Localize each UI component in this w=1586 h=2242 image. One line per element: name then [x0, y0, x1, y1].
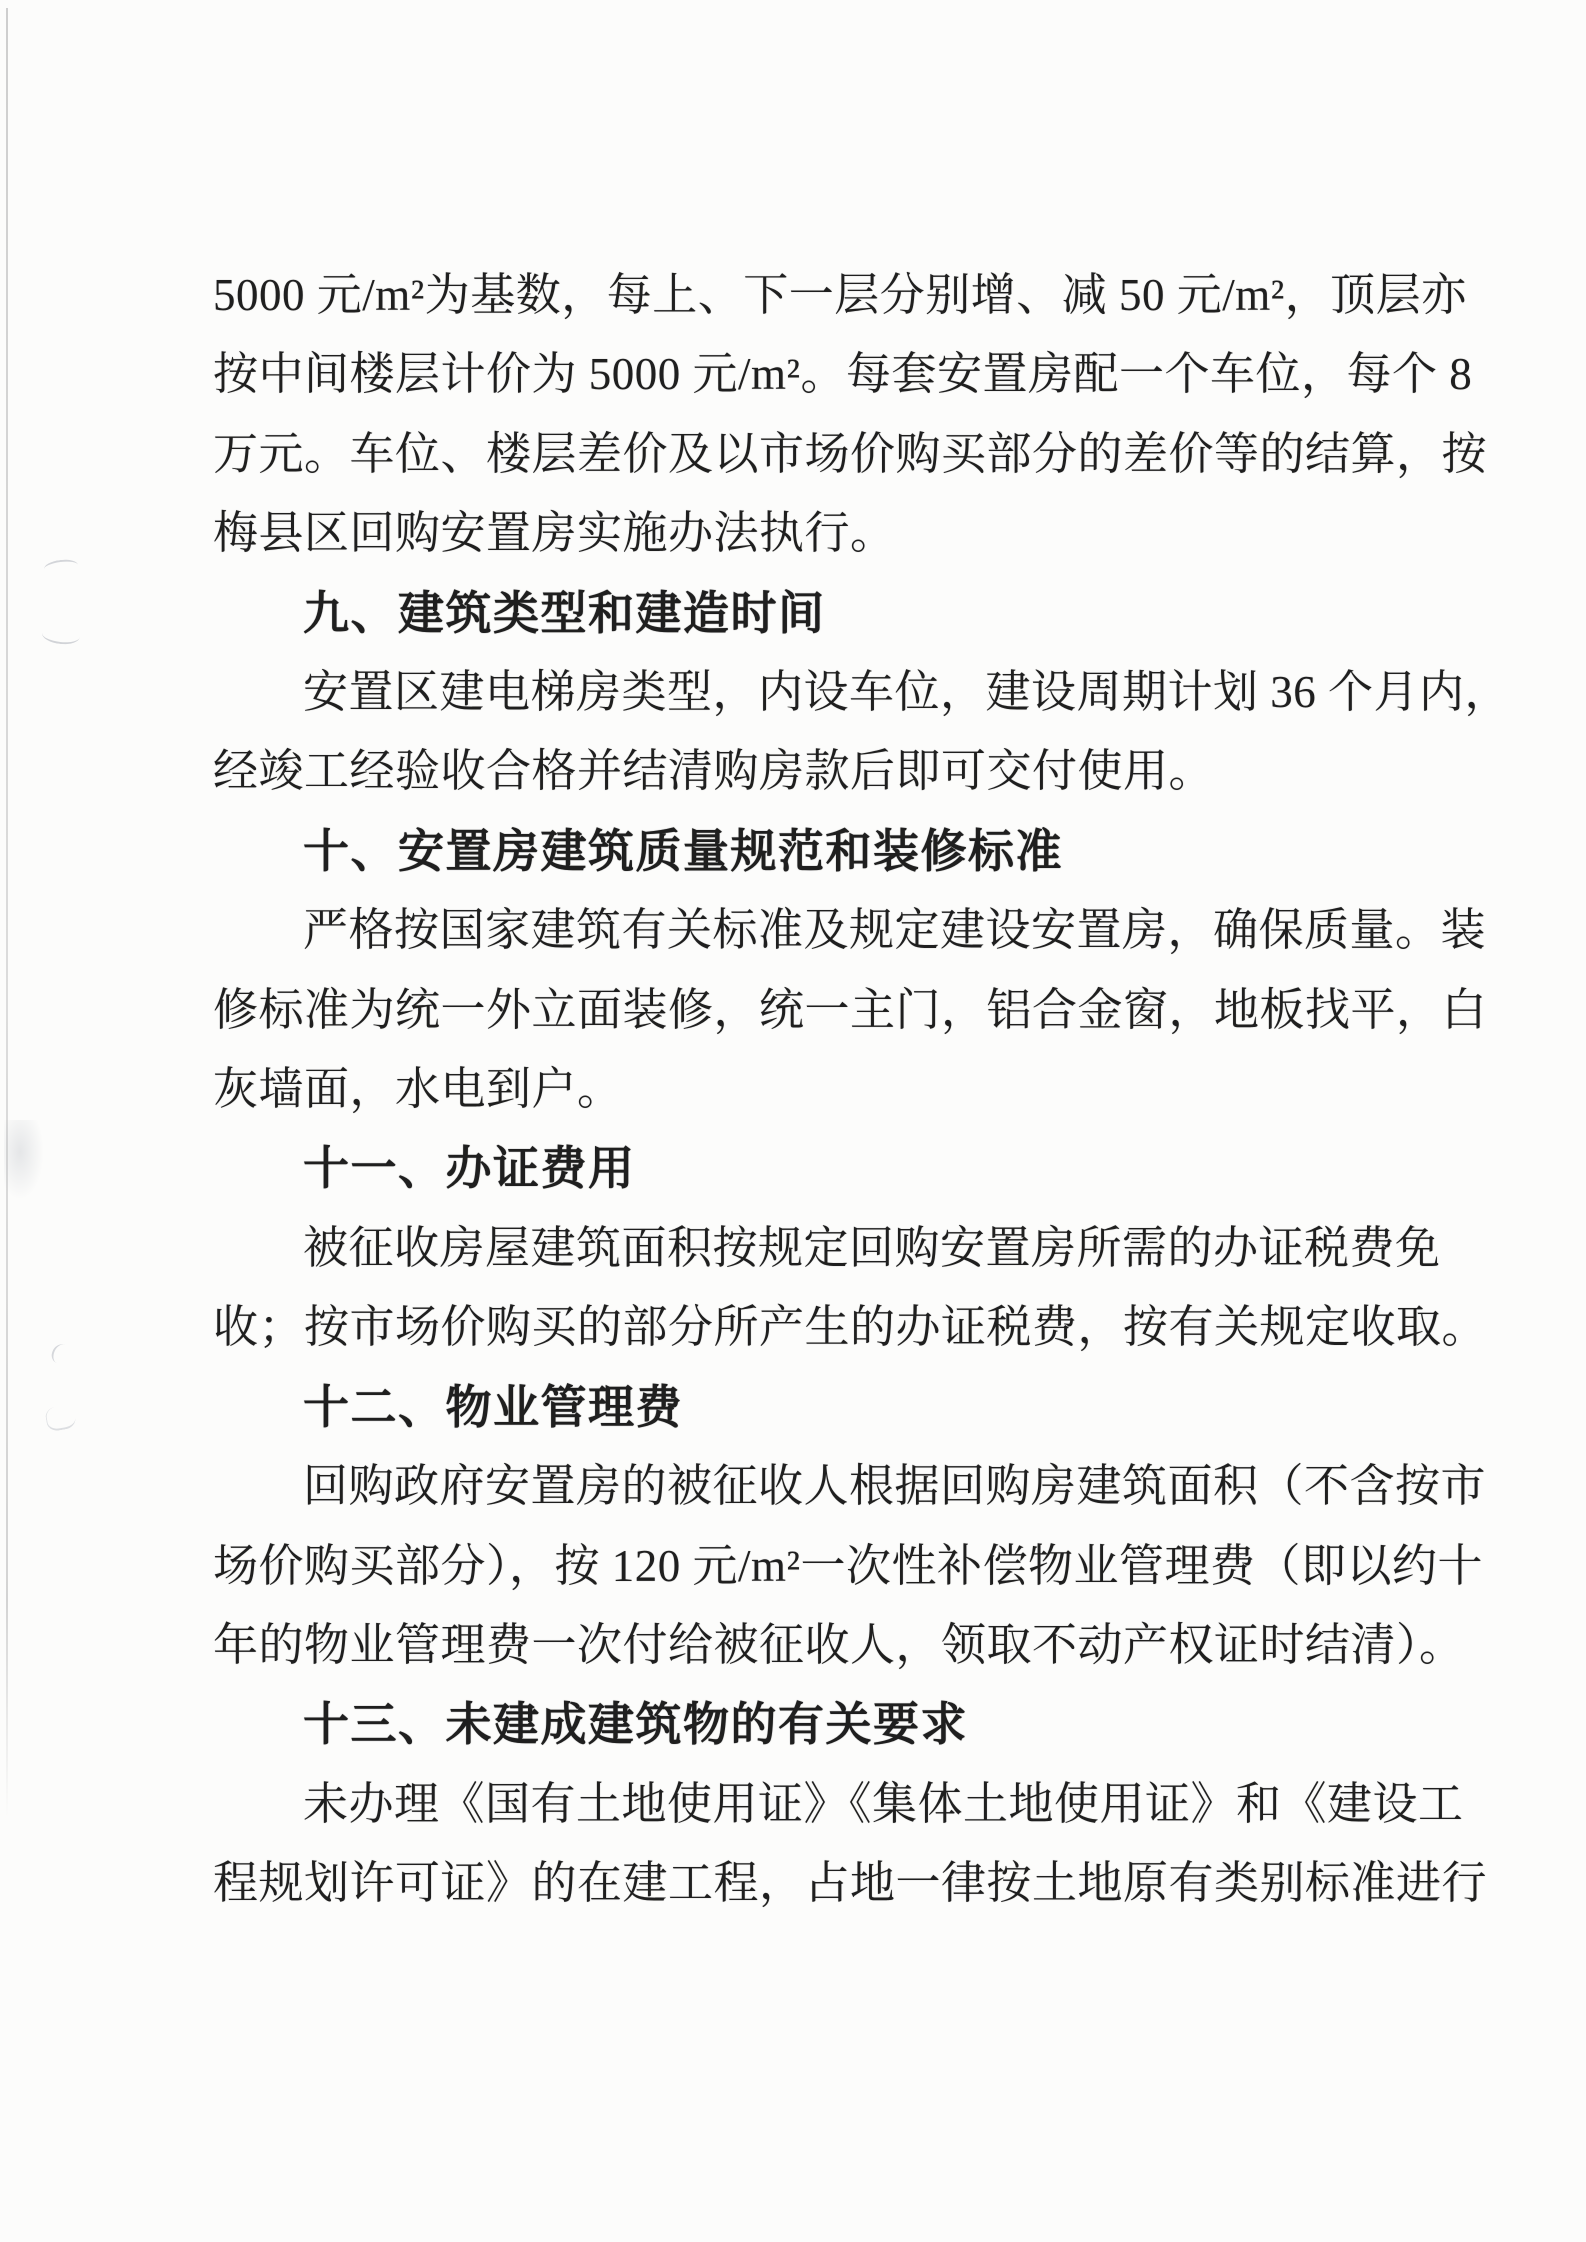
- margin-smudge: [41, 624, 81, 646]
- text-line: 场价购买部分），按 120 元/m²一次性补偿物业管理费（即以约十: [213, 1527, 1458, 1606]
- text-line: 程规划许可证》的在建工程，占地一律按土地原有类别标准进行: [213, 1844, 1458, 1923]
- text-line: 按中间楼层计价为 5000 元/m²。每套安置房配一个车位，每个 8: [213, 335, 1458, 414]
- scan-noise: [4, 1120, 44, 1200]
- section-heading: 十、安置房建筑质量规范和装修标准: [213, 812, 1458, 891]
- text-line: 未办理《国有土地使用证》《集体土地使用证》和《建设工: [213, 1765, 1458, 1844]
- text-line: 收；按市场价购买的部分所产生的办证税费，按有关规定收取。: [213, 1288, 1458, 1367]
- margin-smudge: [44, 1404, 77, 1433]
- text-line: 5000 元/m²为基数，每上、下一层分别增、减 50 元/m²，顶层亦: [213, 256, 1458, 335]
- text-line: 回购政府安置房的被征收人根据回购房建筑面积（不含按市: [213, 1447, 1458, 1526]
- scan-edge-line: [6, 8, 8, 1818]
- text-line: 灰墙面，水电到户。: [213, 1050, 1458, 1129]
- text-line: 经竣工经验收合格并结清购房款后即可交付使用。: [213, 732, 1458, 811]
- text-line: 安置区建电梯房类型，内设车位，建设周期计划 36 个月内，: [213, 653, 1458, 732]
- section-heading: 九、建筑类型和建造时间: [213, 574, 1458, 653]
- section-heading: 十一、办证费用: [213, 1129, 1458, 1208]
- section-heading: 十二、物业管理费: [213, 1368, 1458, 1447]
- document-body: 5000 元/m²为基数，每上、下一层分别增、减 50 元/m²，顶层亦 按中间…: [213, 256, 1458, 1924]
- text-line: 严格按国家建筑有关标准及规定建设安置房，确保质量。装: [213, 891, 1458, 970]
- text-line: 年的物业管理费一次付给被征收人，领取不动产权证时结清）。: [213, 1606, 1458, 1685]
- margin-smudge: [43, 558, 78, 576]
- section-heading: 十三、未建成建筑物的有关要求: [213, 1685, 1458, 1764]
- text-line: 修标准为统一外立面装修，统一主门，铝合金窗，地板找平，白: [213, 971, 1458, 1050]
- text-line: 被征收房屋建筑面积按规定回购安置房所需的办证税费免: [213, 1209, 1458, 1288]
- text-line: 万元。车位、楼层差价及以市场价购买部分的差价等的结算，按: [213, 415, 1458, 494]
- document-page: 5000 元/m²为基数，每上、下一层分别增、减 50 元/m²，顶层亦 按中间…: [0, 0, 1586, 2242]
- margin-smudge: [49, 1342, 72, 1367]
- text-line: 梅县区回购安置房实施办法执行。: [213, 494, 1458, 573]
